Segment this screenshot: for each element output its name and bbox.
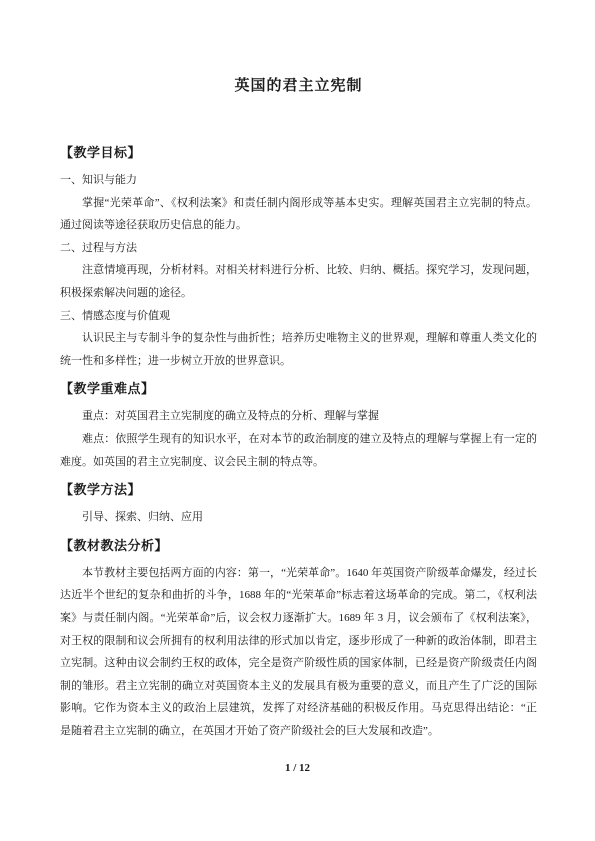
paragraph: 引导、探索、归纳、应用 xyxy=(60,506,537,529)
paragraph: 重点：对英国君主立宪制度的确立及特点的分析、理解与掌握 xyxy=(60,405,537,428)
section-heading: 【教学重难点】 xyxy=(60,378,537,400)
section-heading: 【教学方法】 xyxy=(60,479,537,501)
paragraph: 难点：依照学生现有的知识水平，在对本节的政治制度的建立及特点的理解与掌握上有一定… xyxy=(60,428,537,473)
paragraph: 掌握“光荣革命”、《权利法案》和责任制内阁形成等基本史实。理解英国君主立宪制的特… xyxy=(60,192,537,237)
document-title: 英国的君主立宪制 xyxy=(60,76,537,96)
page-number: 1 / 12 xyxy=(0,762,595,774)
section-heading: 【教材教法分析】 xyxy=(60,535,537,557)
paragraph: 本节教材主要包括两方面的内容：第一，“光荣革命”。1640 年英国资产阶级革命爆… xyxy=(60,562,537,743)
sub-heading: 三、情感态度与价值观 xyxy=(60,305,537,328)
sub-heading: 二、过程与方法 xyxy=(60,237,537,260)
paragraph: 认识民主与专制斗争的复杂性与曲折性；培养历史唯物主义的世界观，理解和尊重人类文化… xyxy=(60,327,537,372)
document-page: 英国的君主立宪制 【教学目标】一、知识与能力掌握“光荣革命”、《权利法案》和责任… xyxy=(0,0,595,841)
section-heading: 【教学目标】 xyxy=(60,142,537,164)
paragraph: 注意情境再现，分析材料。对相关材料进行分析、比较、归纳、概括。探究学习，发现问题… xyxy=(60,259,537,304)
sub-heading: 一、知识与能力 xyxy=(60,169,537,192)
document-body: 【教学目标】一、知识与能力掌握“光荣革命”、《权利法案》和责任制内阁形成等基本史… xyxy=(60,142,537,742)
